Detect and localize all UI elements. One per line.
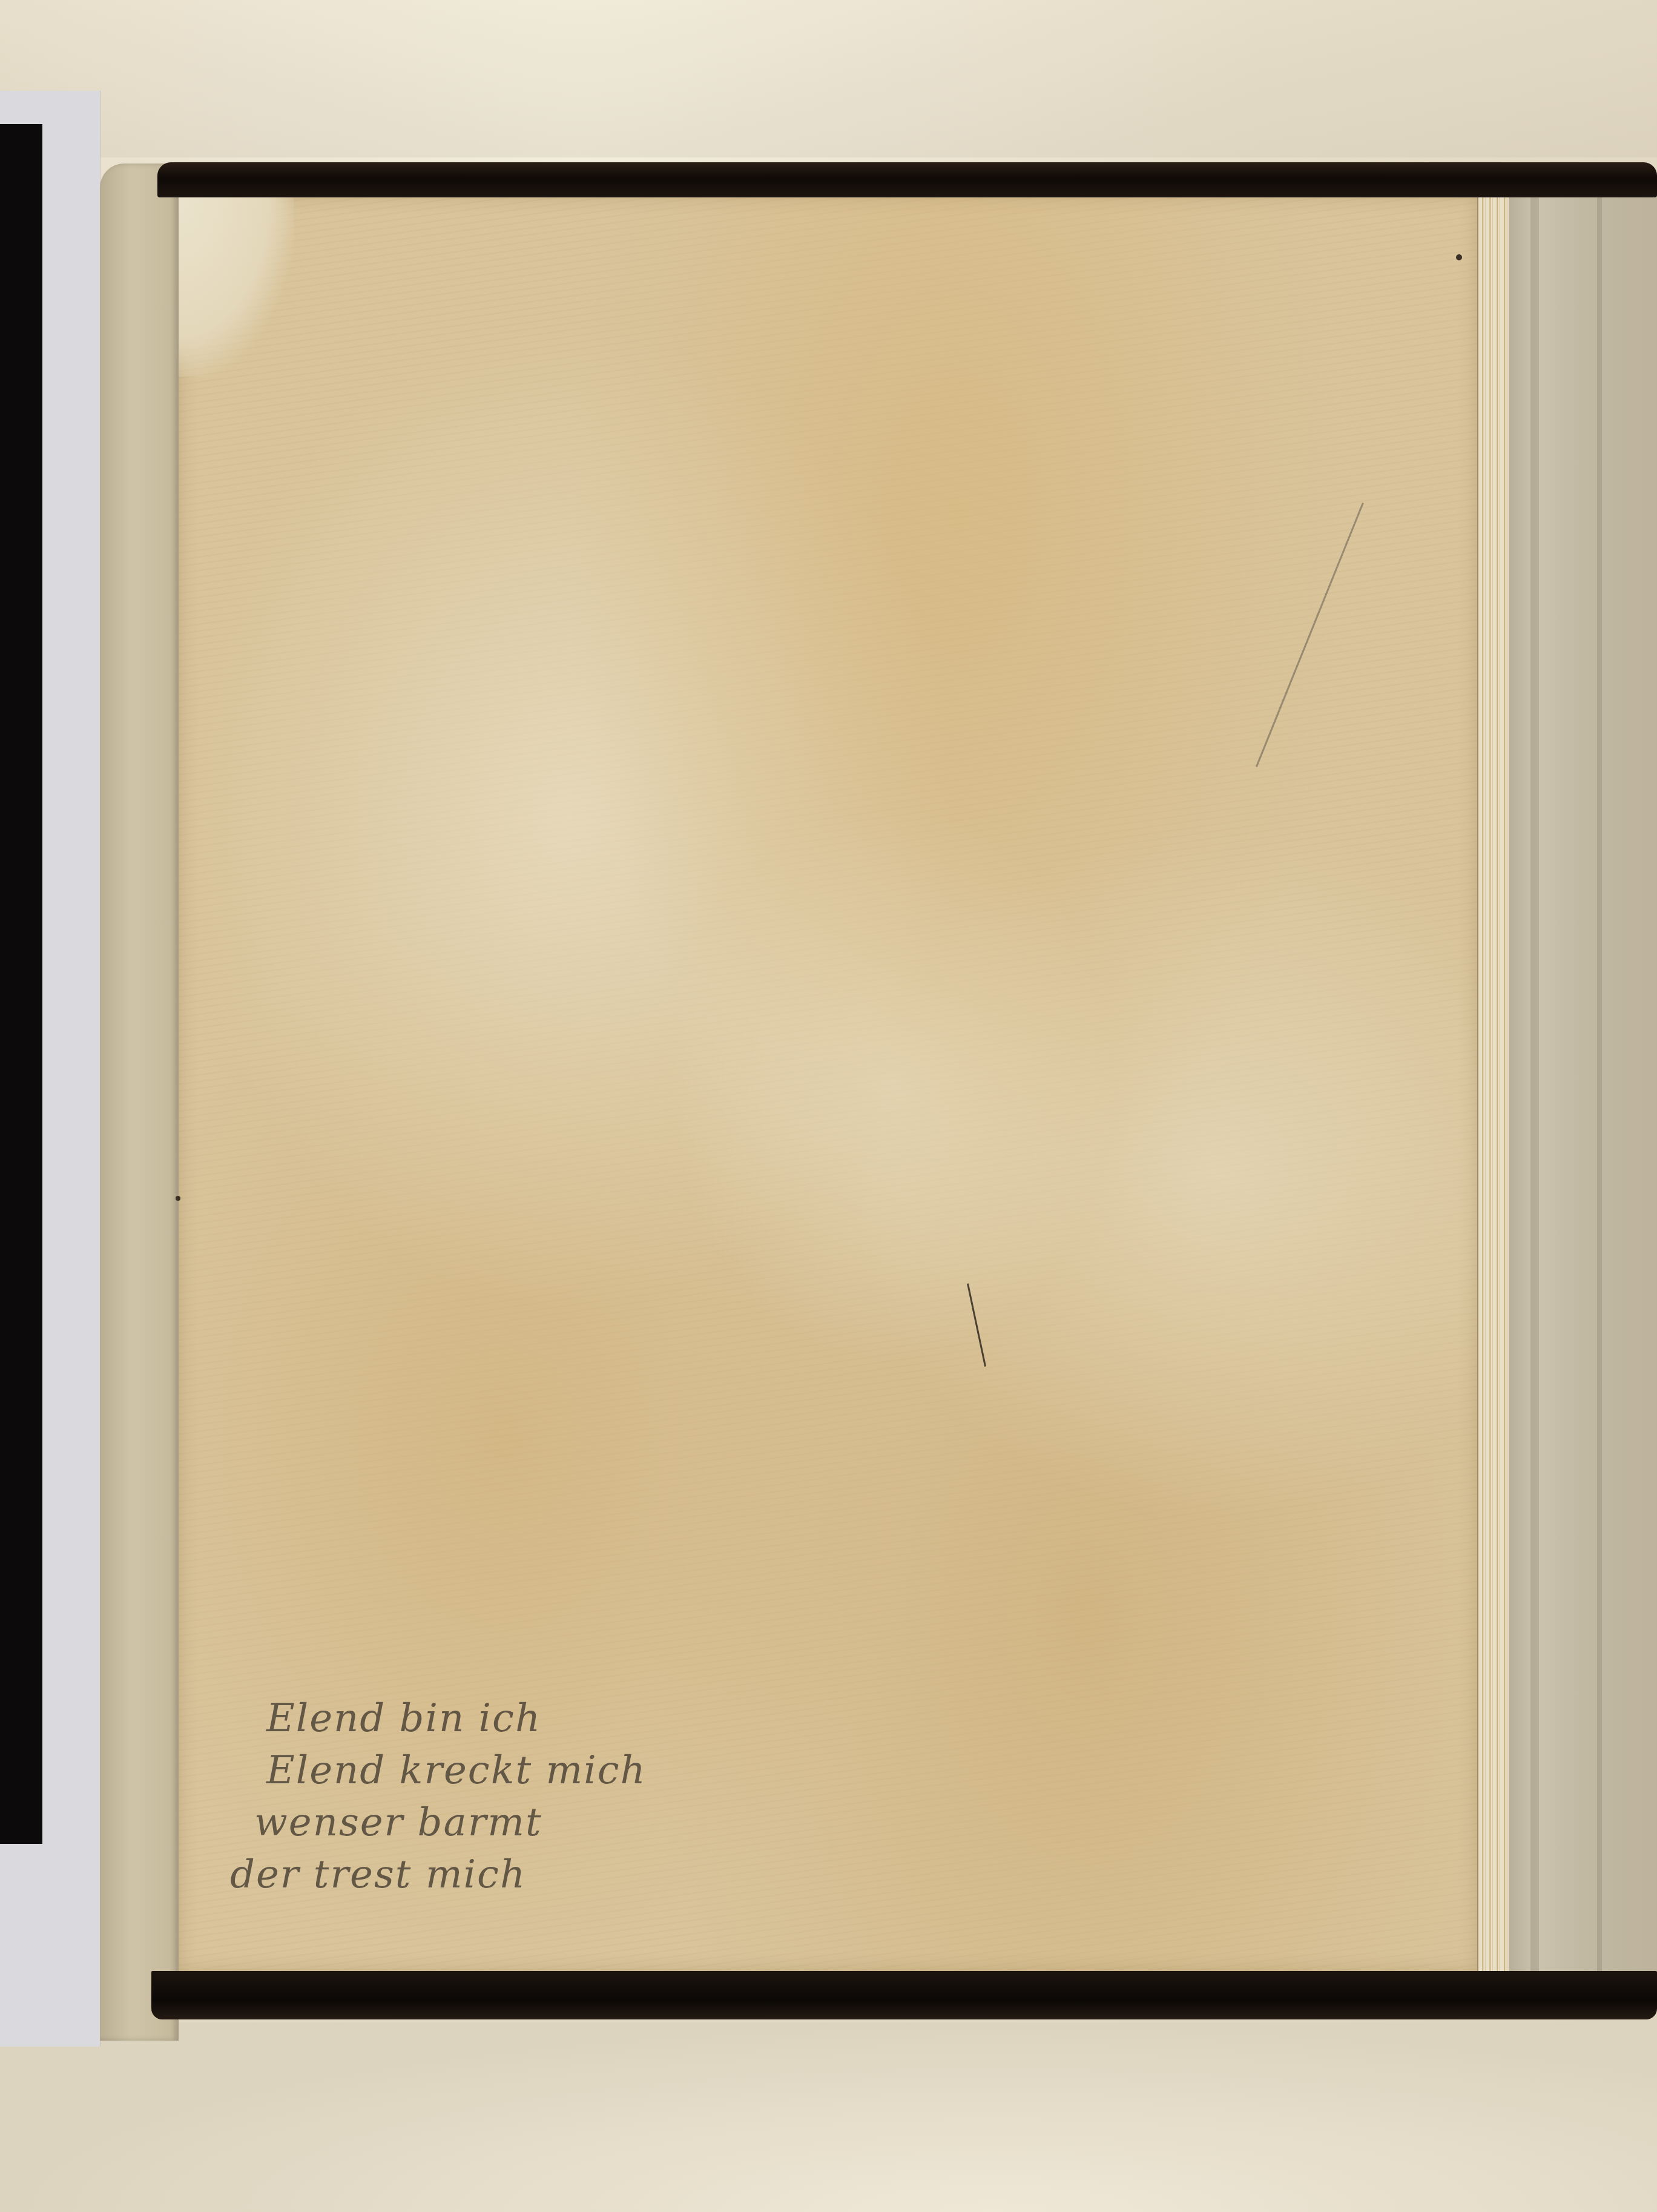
inscription-line-1: Elend bin ich [266,1692,605,1745]
page-corner-wear [179,195,294,377]
ink-spot [176,1196,180,1201]
right-board-pastedown [1506,193,1657,1976]
inscription-line-3: wenser barmt [254,1797,605,1849]
ink-spot [1456,254,1462,260]
leather-binding-bottom [151,1971,1657,2019]
inscription-line-4: der trest mich [230,1849,605,1901]
leather-binding-top [157,162,1657,197]
board-crease [1597,193,1602,1976]
left-black-card [0,124,42,1844]
page-edges [1477,185,1509,1974]
left-page-block [100,163,179,2041]
board-crease [1530,193,1539,1976]
pencil-inscription: Elend bin ich Elend kreckt mich wenser b… [266,1692,605,1901]
backdrop-top [0,0,1657,157]
inscription-line-2: Elend kreckt mich [266,1745,605,1797]
backdrop-bottom [0,2022,1657,2212]
